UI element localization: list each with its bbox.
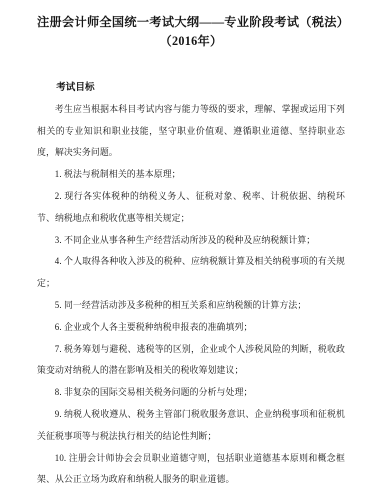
objectives-list: 1. 税法与税制相关的基本原理；2. 现行各实体税种的纳税义务人、征税对象、税率… [37,164,345,491]
document-page: 注册会计师全国统一考试大纲——专业阶段考试（税法） （2016年） 考试目标 考… [0,0,373,500]
objective-item: 9. 纳税人税收遵从、税务主管部门税收服务意识、企业纳税事项和征税机关征税事项等… [37,404,345,448]
exam-objectives-body: 考生应当根据本科目考试内容与能力等级的要求，理解、掌握或运用下列相关的专业知识和… [37,99,345,491]
section-heading-exam-objectives: 考试目标 [37,77,345,99]
objective-item: 10. 注册会计师协会会员职业道德守则，包括职业道德基本原则和概念框架、从公正立… [37,448,345,492]
page-title-line2: （2016年） [37,32,345,51]
objective-item: 2. 现行各实体税种的纳税义务人、征税对象、税率、计税依据、纳税环节、纳税地点和… [37,186,345,230]
objective-item: 3. 不同企业从事各种生产经营活动所涉及的税种及应纳税额计算； [37,230,345,252]
page-title: 注册会计师全国统一考试大纲——专业阶段考试（税法） （2016年） [37,13,345,51]
objective-item: 6. 企业或个人各主要税种纳税申报表的准确填列； [37,317,345,339]
objective-item: 7. 税务筹划与避税、逃税等的区别，企业或个人涉税风险的判断，税收政策变动对纳税… [37,339,345,383]
intro-paragraph: 考生应当根据本科目考试内容与能力等级的要求，理解、掌握或运用下列相关的专业知识和… [37,99,345,164]
objective-item: 4. 个人取得各种收入涉及的税种、应纳税额计算及相关纳税事项的有关规定； [37,251,345,295]
objective-item: 1. 税法与税制相关的基本原理； [37,164,345,186]
objective-item: 8. 非复杂的国际交易相关税务问题的分析与处理； [37,382,345,404]
objective-item: 5. 同一经营活动涉及多税种的相互关系和应纳税额的计算方法； [37,295,345,317]
page-title-line1: 注册会计师全国统一考试大纲——专业阶段考试（税法） [37,13,345,32]
